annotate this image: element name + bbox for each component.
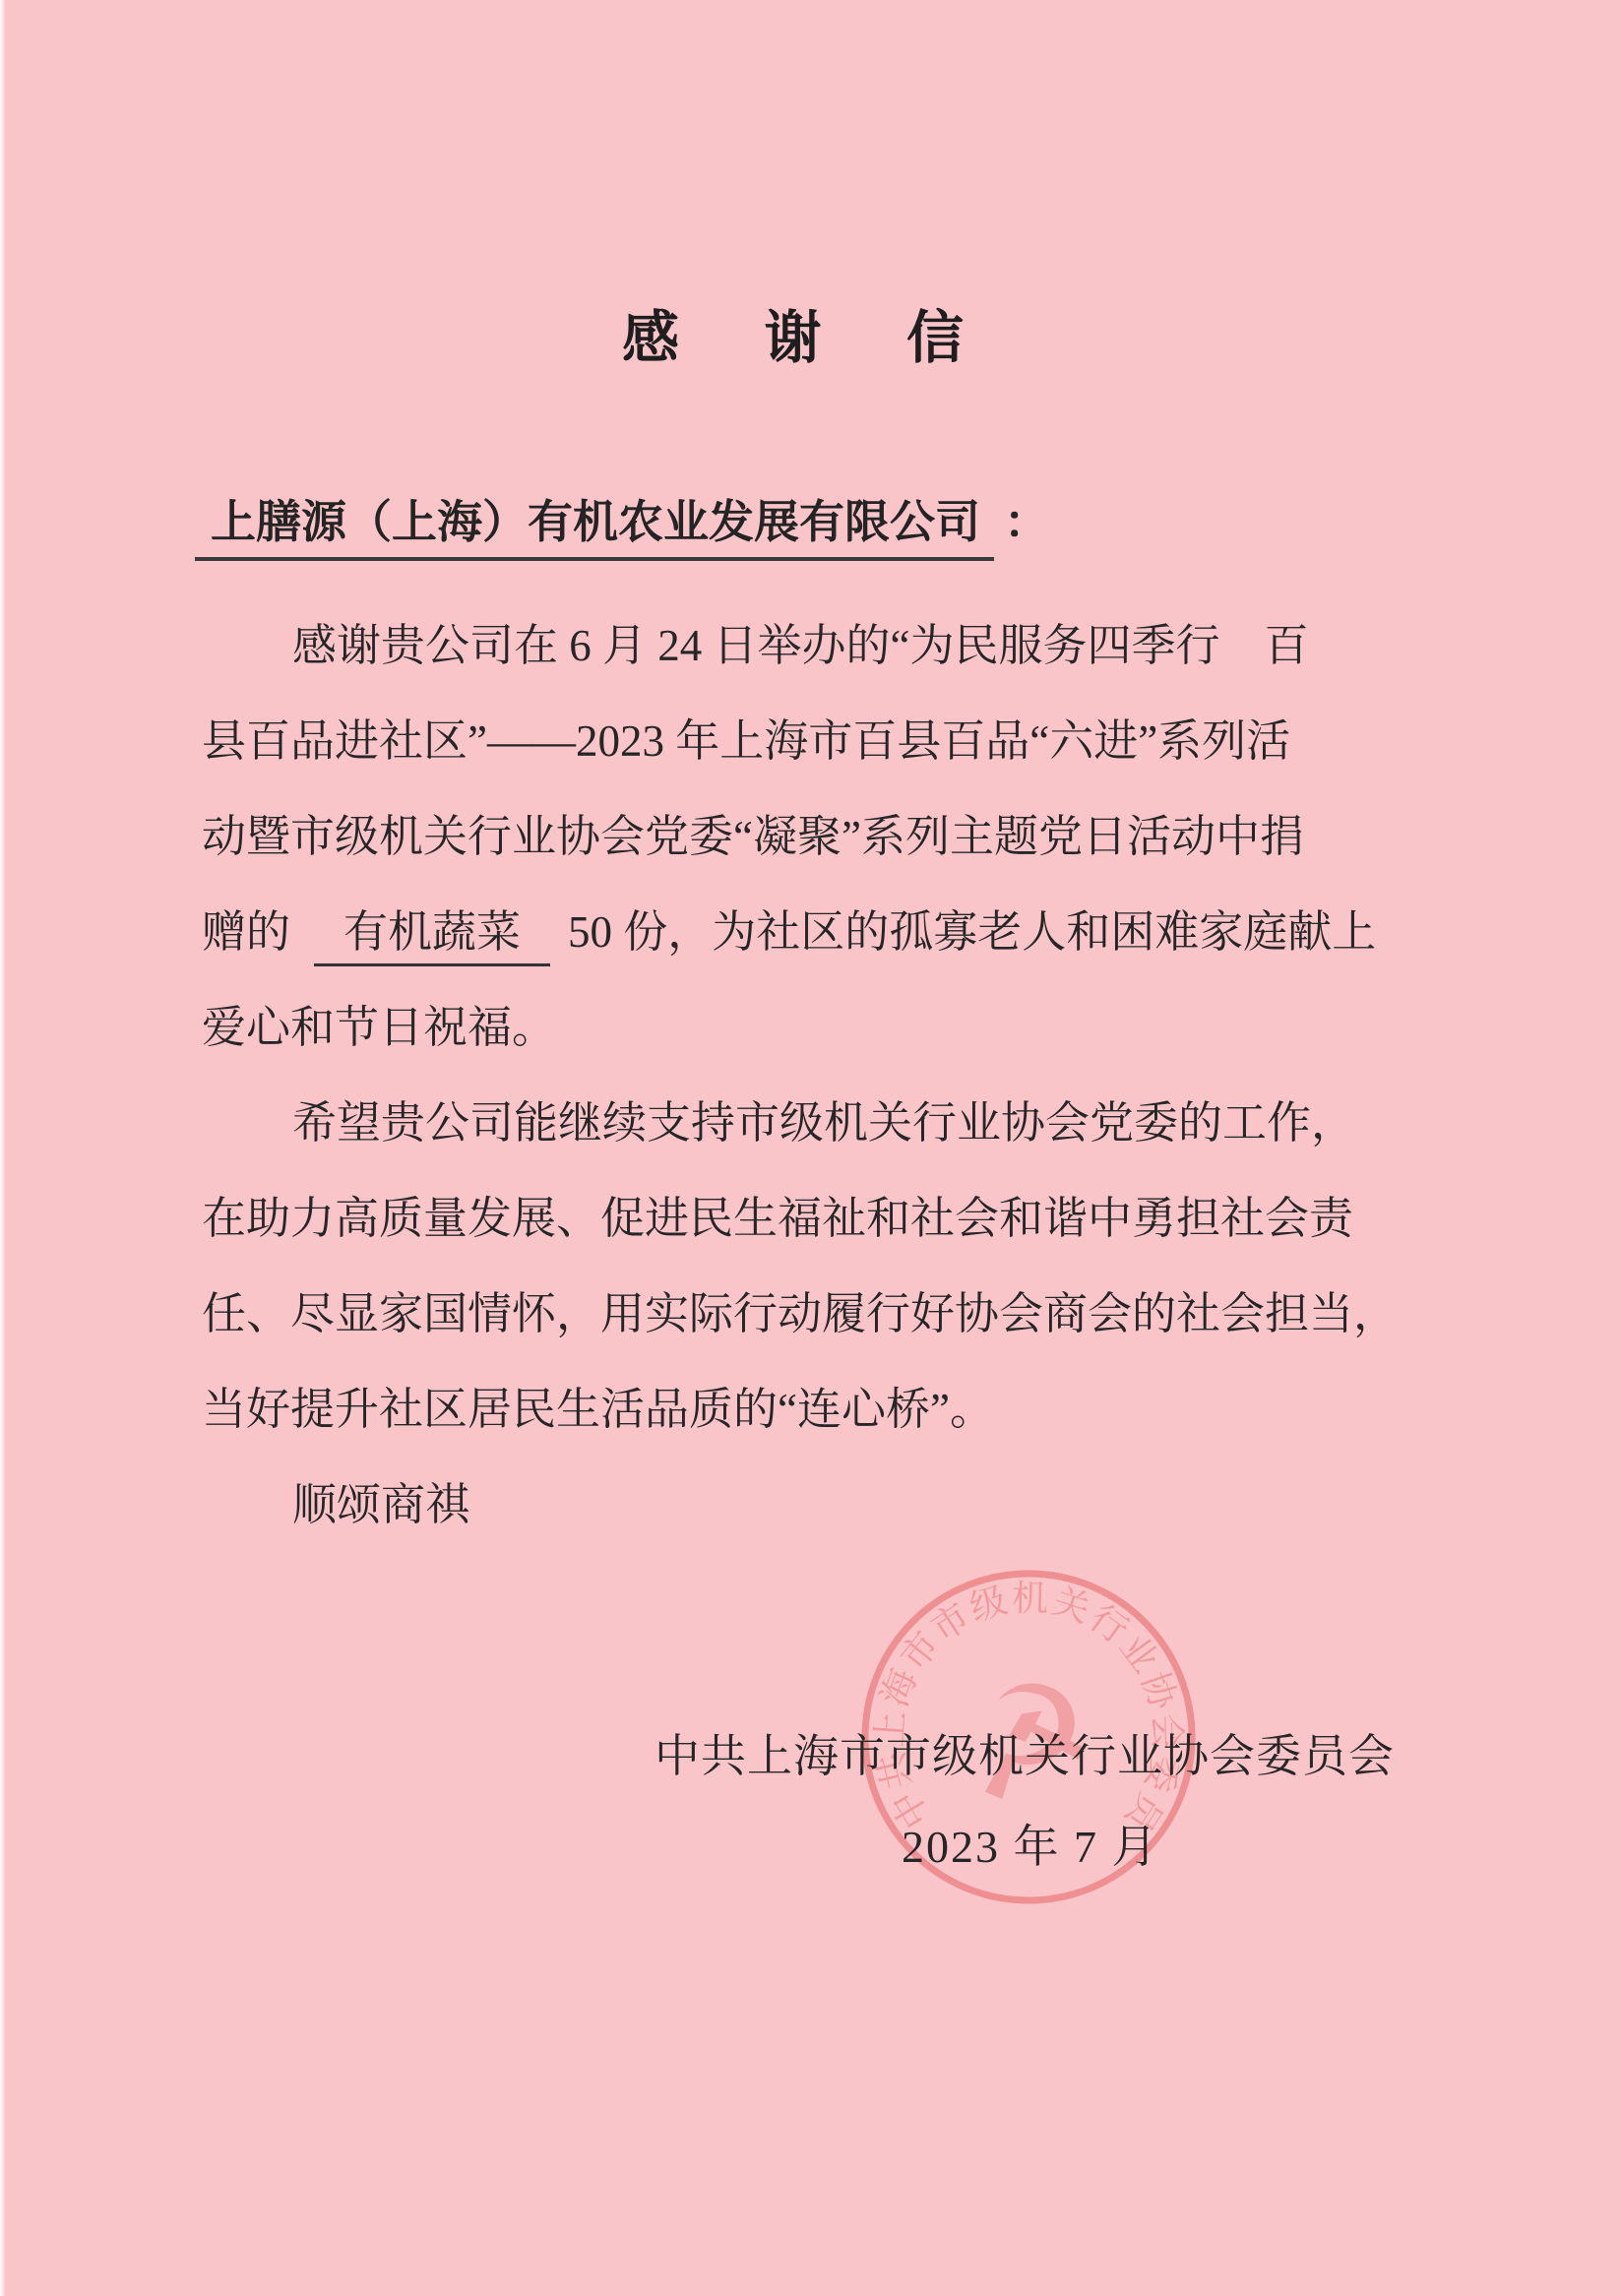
signature-organization: 中共上海市市级机关行业协会委员会 xyxy=(655,1720,1395,1785)
addressee-company-name: 上膳源（上海）有机农业发展有限公司 xyxy=(195,486,994,561)
body-line: 任、尽显家国情怀，用实际行动履行好协会商会的社会担当， xyxy=(202,1267,1329,1362)
donation-item-underlined: 有机蔬菜 xyxy=(314,902,550,966)
body-line: 当好提升社区居民生活品质的“连心桥”。 xyxy=(202,1362,1329,1458)
letter-body: 感谢贵公司在 6 月 24 日举办的“为民服务四季行 百 县百品进社区”——20… xyxy=(202,598,1329,1553)
body-line: 动暨市级机关行业协会党委“凝聚”系列主题党日活动中捐 xyxy=(202,789,1329,885)
addressee-colon: ： xyxy=(1004,497,1049,547)
body-line: 希望贵公司能继续支持市级机关行业协会党委的工作， xyxy=(202,1076,1329,1171)
body-line: 在助力高质量发展、促进民生福祉和社会和谐中勇担社会责 xyxy=(202,1171,1329,1267)
body-line-donation: 赠的有机蔬菜50 份，为社区的孤寡老人和困难家庭献上 xyxy=(202,885,1329,980)
body-line: 县百品进社区”——2023 年上海市百县百品“六进”系列活 xyxy=(202,694,1329,789)
addressee-line: 上膳源（上海）有机农业发展有限公司： xyxy=(195,486,1049,561)
body-line: 感谢贵公司在 6 月 24 日举办的“为民服务四季行 百 xyxy=(202,598,1329,694)
closing-salutation: 顺颂商祺 xyxy=(202,1458,1329,1553)
donation-prefix: 赠的 xyxy=(202,907,290,957)
signature-date: 2023 年 7 月 xyxy=(902,1811,1159,1876)
letter-title: 感 谢 信 xyxy=(0,291,1621,374)
body-line: 爱心和节日祝福。 xyxy=(202,980,1329,1076)
donation-suffix: 50 份，为社区的孤寡老人和困难家庭献上 xyxy=(568,907,1376,957)
letter-page: 中共上海市市级机关行业协会委员会 ☭ 感 谢 信 上膳源（上海）有机农业发展有限… xyxy=(0,0,1621,2296)
